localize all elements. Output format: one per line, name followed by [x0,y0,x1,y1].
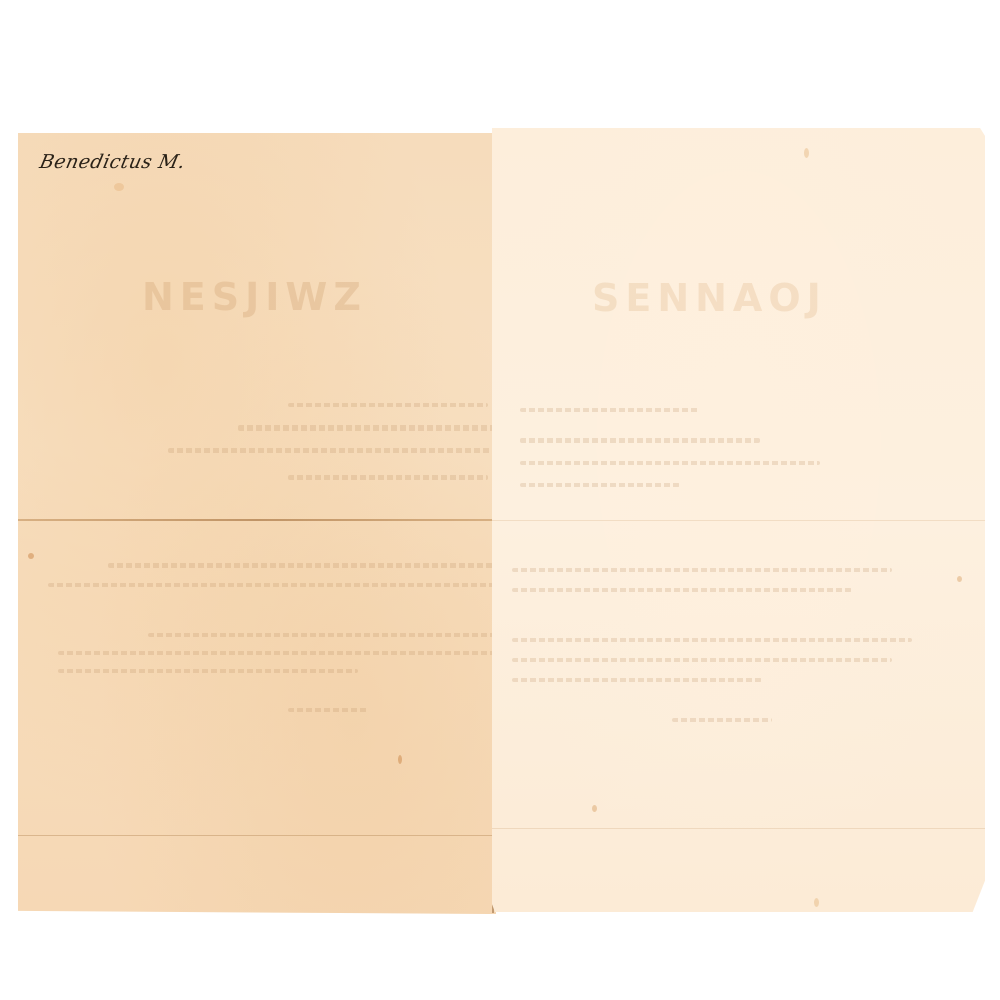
bleed-through-line [168,448,498,453]
foxing-spot [28,553,34,559]
bleed-through-line [288,475,488,480]
bleed-through-line [58,651,498,655]
bleed-through-line [148,633,498,637]
foxing-spot [804,148,809,158]
bleed-through-line [512,658,892,662]
bleed-through-line [520,438,760,443]
fold-crease [18,835,496,836]
bleed-through-line [512,678,762,682]
bleed-through-line [288,403,488,407]
bleed-through-title: SENNAOJ [592,276,827,320]
bleed-through-line [672,718,772,722]
handwritten-note: Benedictus M. [38,151,188,173]
bleed-through-line [238,425,498,431]
foxing-spot [114,183,124,191]
bleed-through-title: NESJIWZ [142,275,367,319]
bleed-through-line [512,568,892,572]
fold-crease [492,520,985,521]
foxing-spot [592,805,597,812]
bleed-through-line [520,408,700,412]
bleed-through-line [48,583,498,587]
bleed-through-line [512,588,852,592]
foxing-spot [398,755,402,764]
bleed-through-line [520,483,680,487]
bleed-through-line [512,638,912,642]
fold-crease [18,519,496,521]
bleed-through-line [288,708,368,712]
fold-crease [492,828,985,829]
left-paper-sheet: Benedictus M. NESJIWZ [18,133,496,914]
foxing-spot [957,576,962,582]
bleed-through-line [58,669,358,673]
right-paper-sheet: SENNAOJ [492,128,985,912]
bleed-through-line [520,461,820,465]
foxing-spot [814,898,819,907]
bleed-through-line [108,563,498,568]
